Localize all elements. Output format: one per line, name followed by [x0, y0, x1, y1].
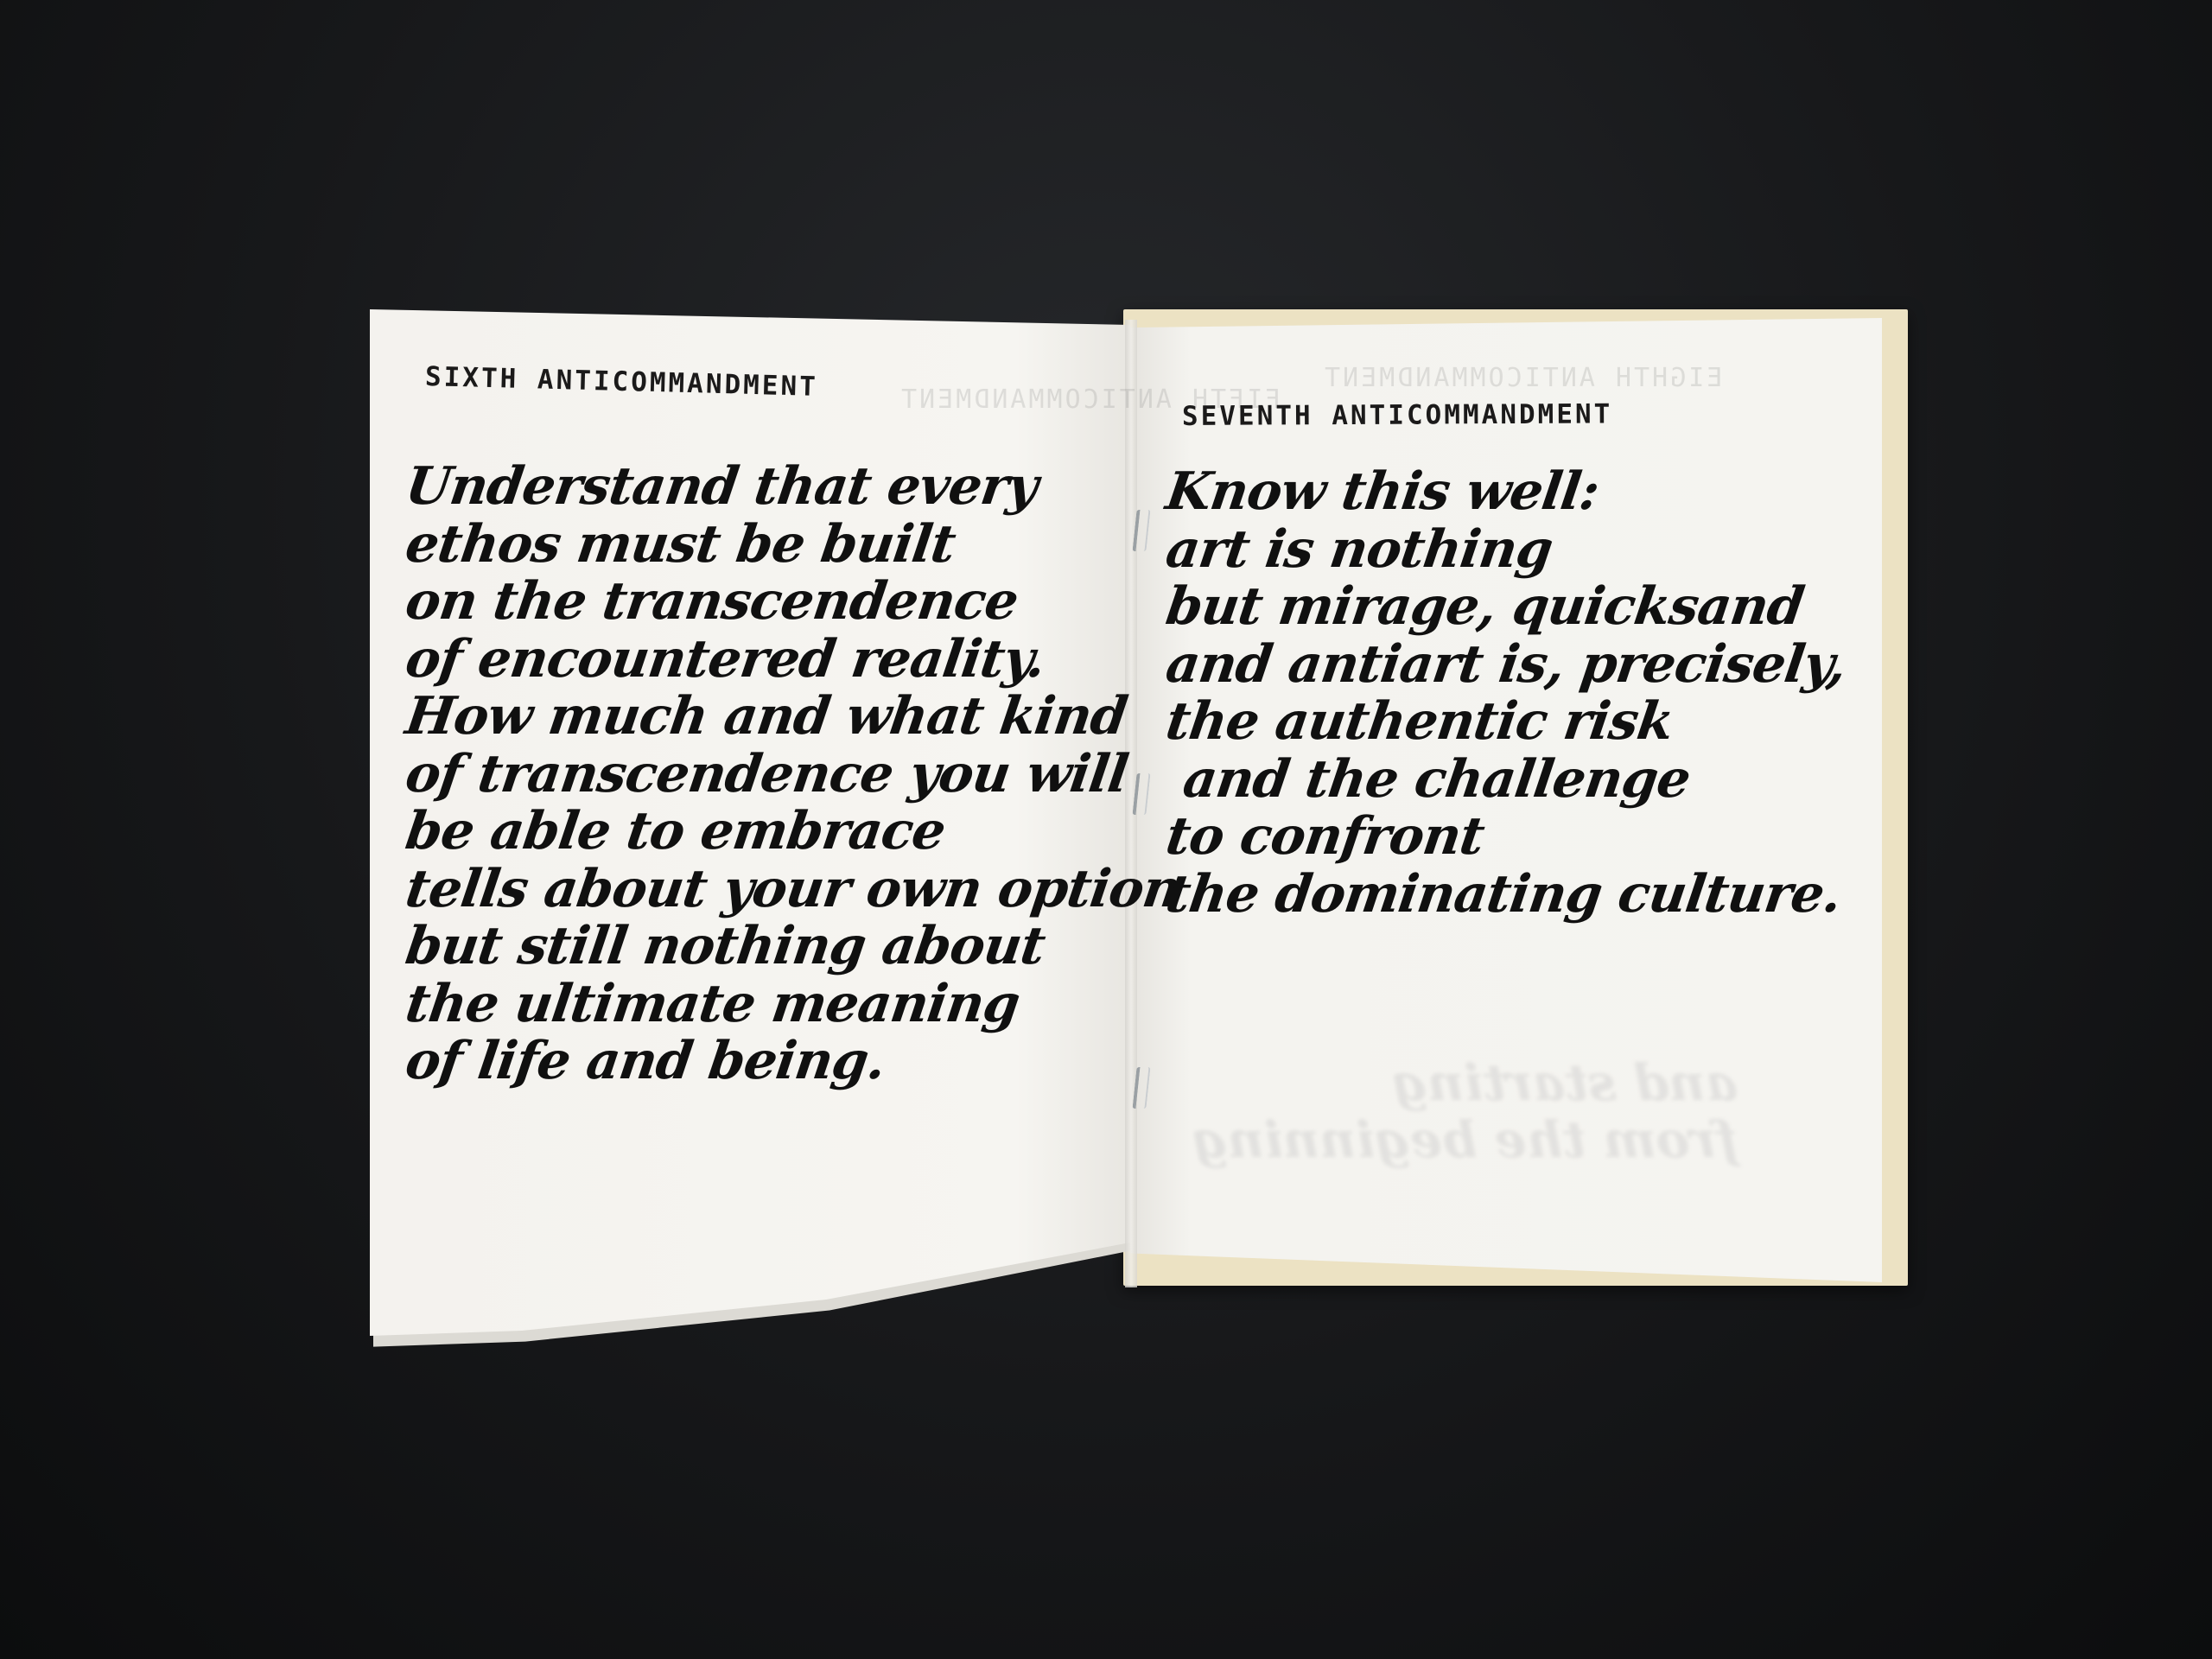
text-line: the dominating culture.	[1162, 866, 1849, 924]
text-line: the authentic risk	[1162, 693, 1849, 751]
text-line: Know this well:	[1162, 463, 1849, 521]
handwritten-text-right: Know this well: art is nothing but mirag…	[1166, 463, 1846, 923]
text-line: Understand that every	[402, 458, 1184, 516]
bleed-through-text: and starting from the beginning	[1192, 1054, 1738, 1168]
handwritten-text-left: Understand that every ethos must be buil…	[406, 458, 1180, 1090]
text-line: but still nothing about	[402, 918, 1184, 976]
text-line: of encountered reality.	[402, 631, 1184, 689]
text-line: ethos must be built	[402, 516, 1184, 574]
text-line: the ultimate meaning	[402, 976, 1184, 1033]
text-line: on the transcendence	[402, 573, 1184, 631]
text-line: tells about your own option	[402, 861, 1184, 918]
text-line: but mirage, quicksand	[1162, 578, 1849, 636]
text-line: art is nothing	[1162, 521, 1849, 579]
photo-scene: FIFTH ANTICOMMANDMENT EIGHTH ANTICOMMAND…	[0, 0, 2212, 1659]
bleed-through-heading-right: EIGHTH ANTICOMMANDMENT	[1322, 363, 1722, 393]
text-line: be able to embrace	[402, 803, 1184, 861]
page-heading-seventh: SEVENTH ANTICOMMANDMENT	[1182, 398, 1612, 432]
text-line: How much and what kind	[402, 688, 1184, 746]
text-line: to confront	[1162, 808, 1849, 866]
text-line: of transcendence you will	[402, 746, 1184, 804]
text-line: and antiart is, precisely,	[1162, 636, 1849, 694]
text-line: of life and being.	[402, 1033, 1184, 1090]
text-line: and the challenge	[1162, 751, 1849, 809]
